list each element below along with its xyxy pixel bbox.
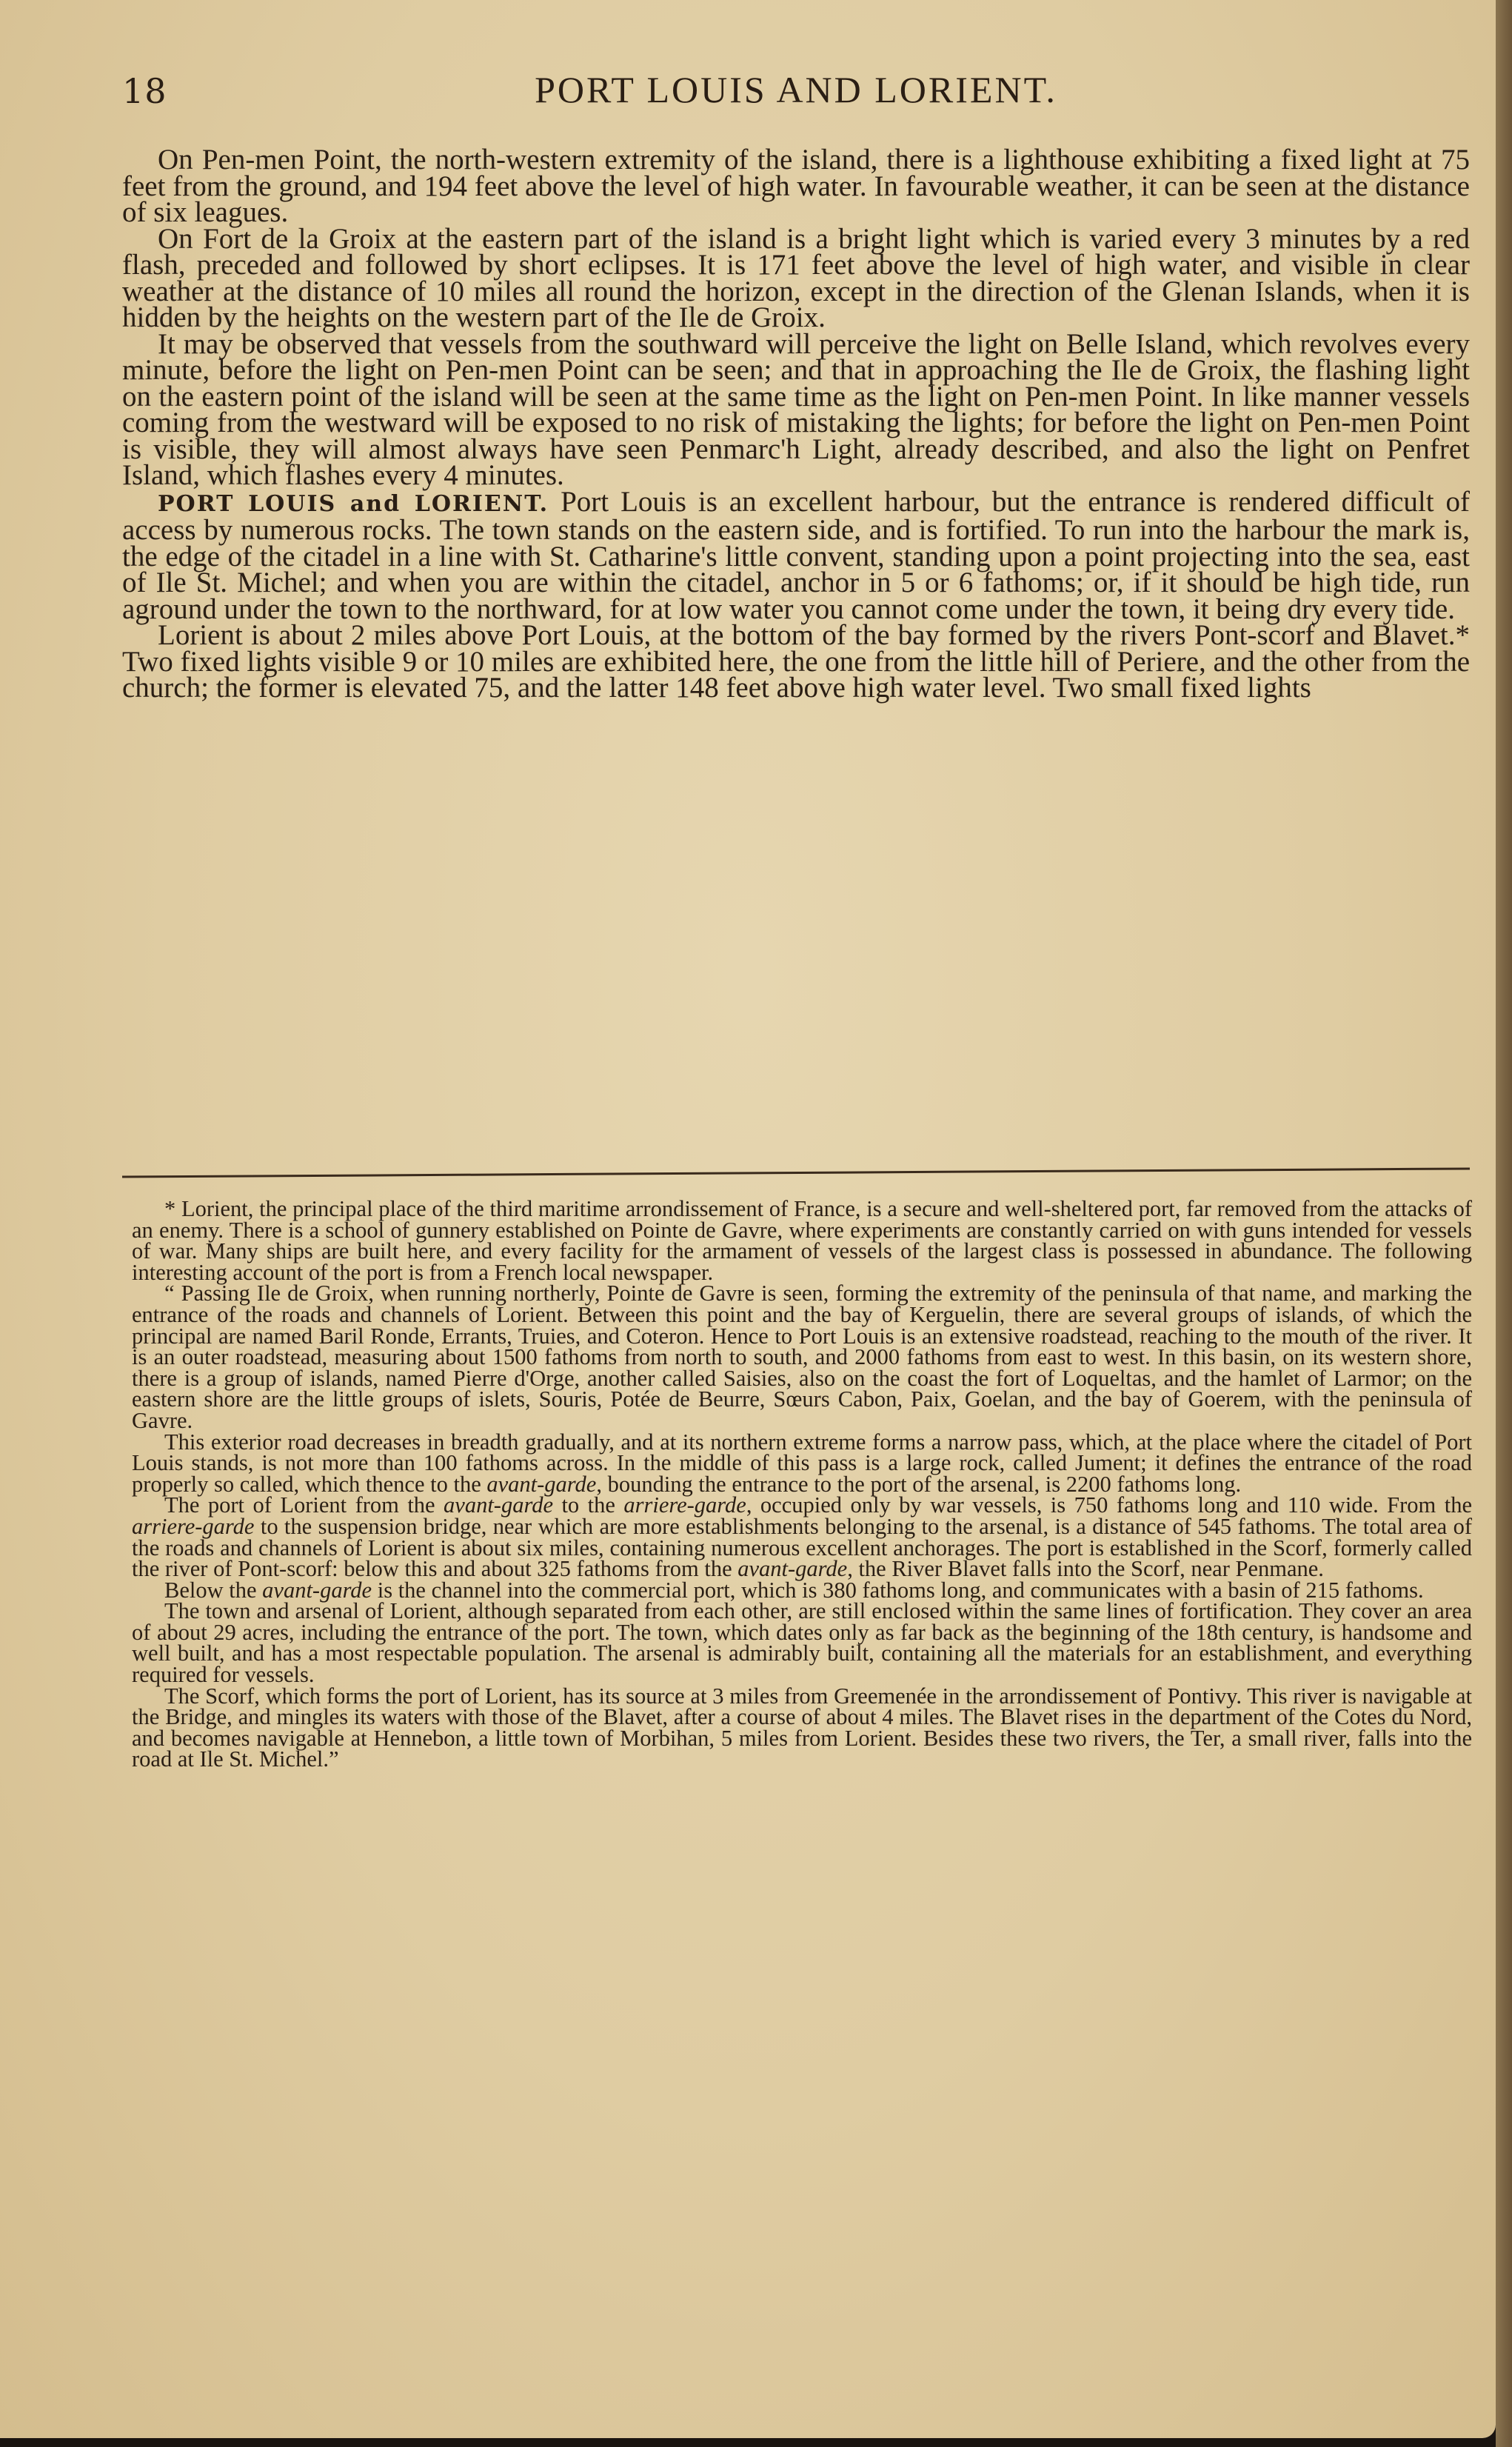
footnote-paragraph: The town and arsenal of Lorient, althoug… [132, 1600, 1472, 1685]
book-spine-edge [1496, 0, 1512, 2447]
main-text: On Pen-men Point, the north-western extr… [122, 147, 1470, 701]
paragraph-fort-de-la-groix: On Fort de la Groix at the eastern part … [122, 226, 1470, 331]
footnote-paragraph: The Scorf, which forms the port of Lorie… [132, 1686, 1472, 1770]
section-heading: PORT LOUIS and LORIENT. [158, 491, 549, 517]
footnote-paragraph: The port of Lorient from the avant-garde… [132, 1495, 1472, 1579]
footnote-divider [122, 1167, 1470, 1178]
paragraph-pen-men-point: On Pen-men Point, the north-western extr… [122, 147, 1470, 226]
paragraph-vessels-southward: It may be observed that vessels from the… [122, 331, 1470, 489]
footnote-paragraph: Below the avant-garde is the channel int… [132, 1580, 1472, 1601]
footnote-paragraph: This exterior road decreases in breadth … [132, 1432, 1472, 1495]
paragraph-port-louis-section: PORT LOUIS and LORIENT. Port Louis is an… [122, 489, 1470, 623]
footnote-paragraph: “ Passing Ile de Groix, when running nor… [132, 1283, 1472, 1431]
book-page: 18 PORT LOUIS AND LORIENT. On Pen-men Po… [0, 0, 1496, 2438]
page-header: 18 PORT LOUIS AND LORIENT. [122, 68, 1470, 113]
footnote: * Lorient, the principal place of the th… [132, 1198, 1472, 1770]
running-title: PORT LOUIS AND LORIENT. [122, 68, 1470, 111]
footnote-paragraph: * Lorient, the principal place of the th… [132, 1198, 1472, 1283]
paragraph-lorient: Lorient is about 2 miles above Port Loui… [122, 622, 1470, 701]
